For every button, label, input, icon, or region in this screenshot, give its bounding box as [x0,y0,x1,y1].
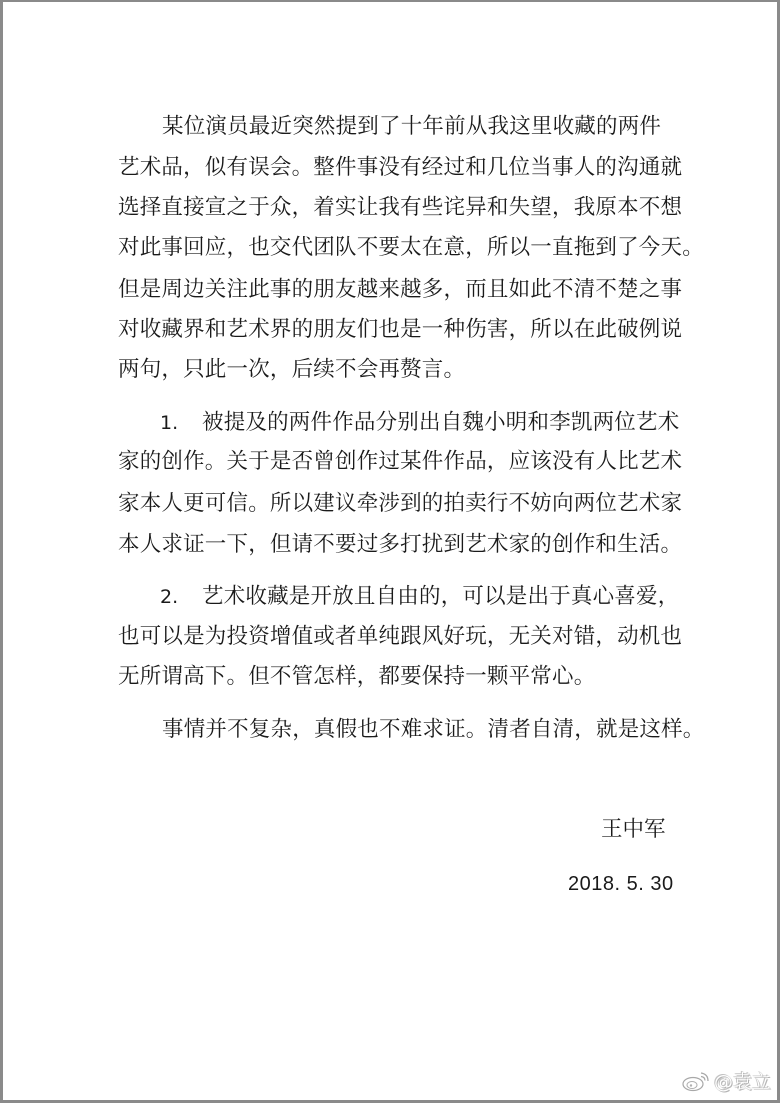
paragraph-1-line-6: 对收藏界和艺术界的朋友们也是一种伤害，所以在此破例说 [118,316,668,344]
point-2-number: 2. [160,583,178,611]
paragraph-1-line-1: 某位演员最近突然提到了十年前从我这里收藏的两件 [162,113,712,141]
point-2-line-2: 也可以是为投资增值或者单纯跟风好玩，无关对错，动机也 [118,623,668,651]
watermark-text: @袁立 [714,1067,771,1094]
document-date: 2018. 5. 30 [568,870,674,898]
point-2-line-3: 无所谓高下。但不管怎样，都要保持一颗平常心。 [118,663,668,691]
document-page: 某位演员最近突然提到了十年前从我这里收藏的两件 艺术品，似有误会。整件事没有经过… [0,0,780,1103]
paragraph-1-line-5: 但是周边关注此事的朋友越来越多，而且如此不清不楚之事 [118,276,668,304]
paragraph-1-line-3: 选择直接宣之于众，着实让我有些诧异和失望，我原本不想 [118,194,668,222]
point-2-line-1: 艺术收藏是开放且自由的，可以是出于真心喜爱， [202,583,672,611]
paragraph-1-line-4: 对此事回应，也交代团队不要太在意，所以一直拖到了今天。 [118,234,668,262]
point-1-line-3: 家本人更可信。所以建议牵涉到的拍卖行不妨向两位艺术家 [118,490,668,518]
closing-statement: 事情并不复杂，真假也不难求证。清者自清，就是这样。 [162,716,712,744]
paragraph-1-line-2: 艺术品，似有误会。整件事没有经过和几位当事人的沟通就 [118,154,668,182]
signature: 王中军 [601,816,666,844]
point-1-line-4: 本人求证一下，但请不要过多打扰到艺术家的创作和生活。 [118,531,668,559]
weibo-watermark: @袁立 [681,1067,771,1094]
point-1-line-1: 被提及的两件作品分别出自魏小明和李凯两位艺术 [202,409,672,437]
paragraph-1-line-7: 两句，只此一次，后续不会再赘言。 [118,356,668,384]
point-1-line-2: 家的创作。关于是否曾创作过某件作品，应该没有人比艺术 [118,448,668,476]
point-1-number: 1. [160,409,178,437]
weibo-logo-icon [681,1070,711,1092]
